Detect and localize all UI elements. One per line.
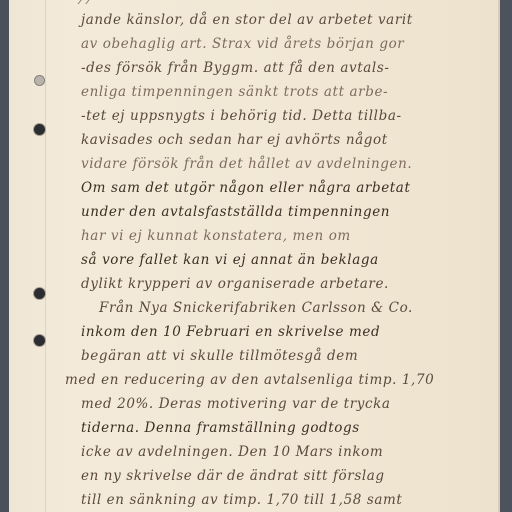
text-line: med en reducering av den avtalsenliga ti… [65,372,434,388]
punch-hole-icon [34,335,45,346]
text-line: dylikt krypperi av organiserade arbetare… [81,276,389,292]
text-line: kavisades och sedan har ej avhörts något [81,132,388,148]
text-line: -des försök från Byggm. att få den avtal… [81,60,390,76]
punch-hole-icon [34,124,45,135]
text-line: vidare försök från det hållet av avdelni… [81,156,412,172]
text-line: enliga timpenningen sänkt trots att arbe… [81,84,388,100]
margin-rule [45,0,46,512]
scan-border-left [0,0,9,512]
text-line: tiderna. Denna framställning godtogs [81,420,360,436]
text-line: icke av avdelningen. Den 10 Mars inkom [81,444,383,460]
text-line: Om sam det utgör någon eller några arbet… [81,180,410,196]
text-line: under den avtalsfastställda timpenningen [81,204,390,220]
text-line: av obehaglig art. Strax vid årets början… [81,36,404,52]
text-line: med 20%. Deras motivering var de trycka [81,396,391,412]
text-line: -tet ej uppsnygts i behörig tid. Detta t… [81,108,402,124]
punch-hole-icon [34,75,45,86]
punch-hole-icon [34,288,45,299]
text-line: inkom den 10 Februari en skrivelse med [81,324,380,340]
text-line: så vore fallet kan vi ej annat än beklag… [81,252,379,268]
text-line: har vi ej kunnat konstatera, men om [81,228,351,244]
text-line: till en sänkning av timp. 1,70 till 1,58… [81,492,402,508]
text-line: en ny skrivelse där de ändrat sitt försl… [81,468,385,484]
text-line: Från Nya Snickerifabriken Carlsson & Co. [99,300,413,316]
text-line-partial: ⁄ ⁄ [81,0,92,8]
scan-border-right [500,0,512,512]
manuscript-page: ⁄ ⁄ jande känslor, då en stor del av arb… [9,0,500,512]
text-line: jande känslor, då en stor del av arbetet… [81,12,413,28]
text-line: begäran att vi skulle tillmötesgå dem [81,348,358,364]
